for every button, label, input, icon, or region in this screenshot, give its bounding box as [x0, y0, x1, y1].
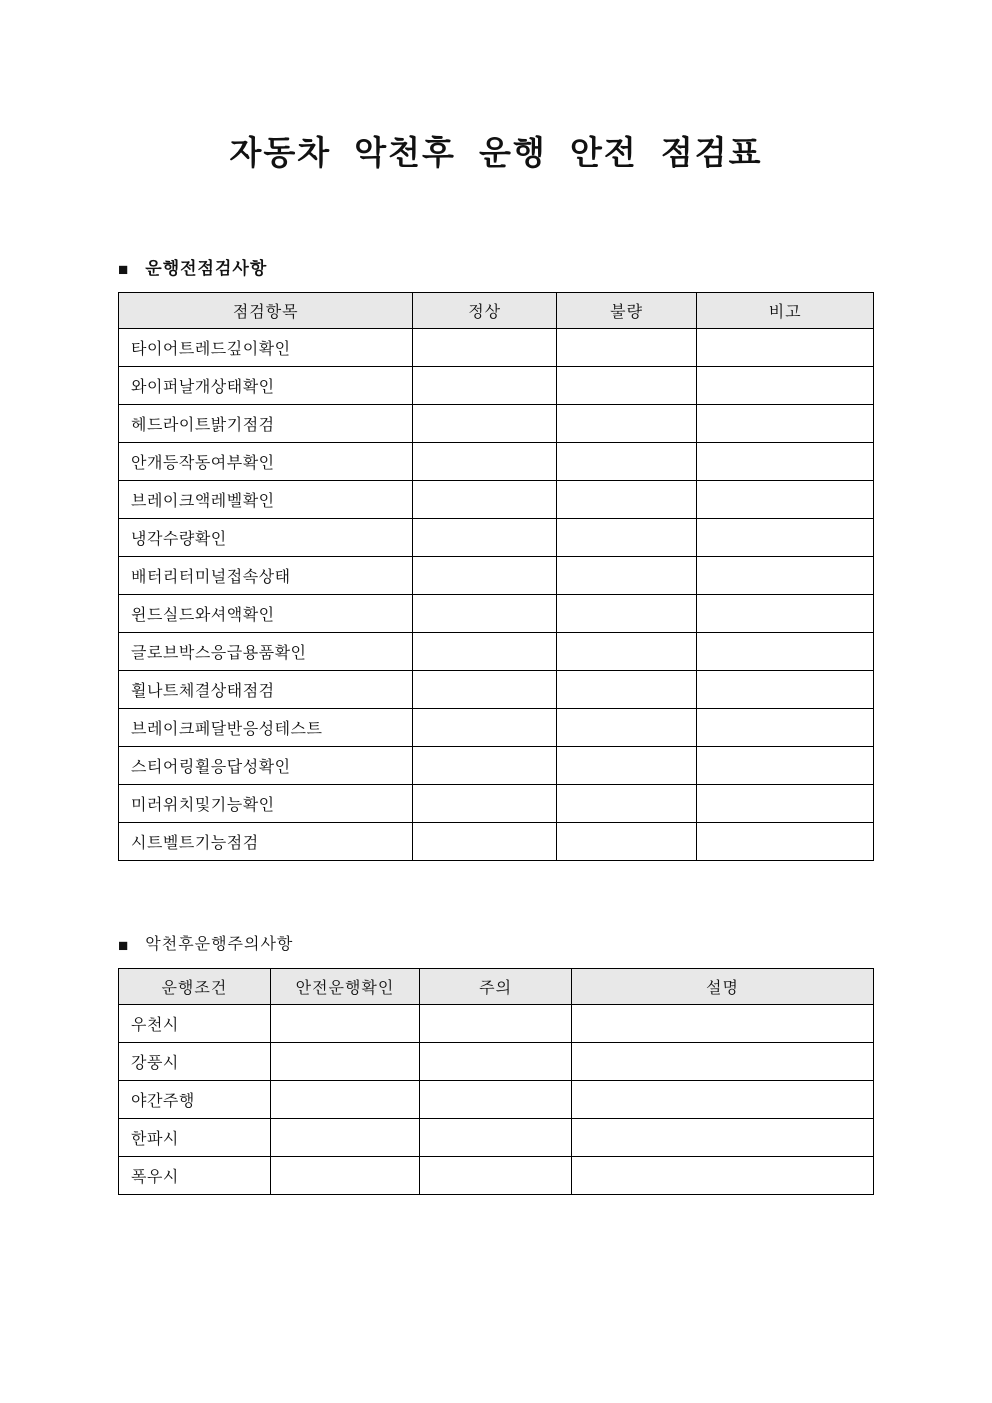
table-header-row: 운행조건 안전운행확인 주의 설명	[119, 969, 874, 1005]
empty-cell	[270, 1157, 419, 1195]
empty-cell	[556, 557, 696, 595]
table-row: 스티어링휠응답성확인	[119, 747, 874, 785]
empty-cell	[571, 1043, 873, 1081]
section-heading-label: 운행전점검사항	[145, 257, 267, 281]
table-row: 브레이크액레벨확인	[119, 481, 874, 519]
empty-cell	[420, 1157, 572, 1195]
column-header: 정상	[413, 293, 556, 329]
empty-cell	[556, 481, 696, 519]
document-page: 자동차 악천후 운행 안전 점검표 ■ 운행전점검사항 점검항목 정상 불량 비…	[0, 0, 992, 1403]
empty-cell	[420, 1119, 572, 1157]
row-label-cell: 시트벨트기능점검	[119, 823, 413, 861]
empty-cell	[697, 823, 874, 861]
table-row: 폭우시	[119, 1157, 874, 1195]
empty-cell	[697, 595, 874, 633]
empty-cell	[413, 823, 556, 861]
empty-cell	[413, 443, 556, 481]
empty-cell	[556, 671, 696, 709]
row-label-cell: 우천시	[119, 1005, 271, 1043]
empty-cell	[697, 557, 874, 595]
empty-cell	[413, 595, 556, 633]
row-label-cell: 브레이크페달반응성테스트	[119, 709, 413, 747]
empty-cell	[556, 747, 696, 785]
column-header: 운행조건	[119, 969, 271, 1005]
table-row: 글로브박스응급용품확인	[119, 633, 874, 671]
empty-cell	[413, 671, 556, 709]
page-title: 자동차 악천후 운행 안전 점검표	[0, 133, 992, 173]
empty-cell	[697, 405, 874, 443]
table-row: 배터리터미널접속상태	[119, 557, 874, 595]
column-header: 주의	[420, 969, 572, 1005]
row-label-cell: 윈드실드와셔액확인	[119, 595, 413, 633]
empty-cell	[556, 329, 696, 367]
empty-cell	[556, 443, 696, 481]
table-row: 윈드실드와셔액확인	[119, 595, 874, 633]
empty-cell	[571, 1157, 873, 1195]
empty-cell	[697, 671, 874, 709]
table-row: 헤드라이트밝기점검	[119, 405, 874, 443]
empty-cell	[420, 1081, 572, 1119]
row-label-cell: 냉각수량확인	[119, 519, 413, 557]
column-header: 불량	[556, 293, 696, 329]
empty-cell	[556, 519, 696, 557]
table-row: 야간주행	[119, 1081, 874, 1119]
row-label-cell: 배터리터미널접속상태	[119, 557, 413, 595]
empty-cell	[270, 1119, 419, 1157]
empty-cell	[556, 405, 696, 443]
empty-cell	[413, 329, 556, 367]
empty-cell	[270, 1043, 419, 1081]
empty-cell	[697, 443, 874, 481]
empty-cell	[697, 785, 874, 823]
empty-cell	[413, 405, 556, 443]
row-label-cell: 강풍시	[119, 1043, 271, 1081]
table-row: 브레이크페달반응성테스트	[119, 709, 874, 747]
empty-cell	[556, 823, 696, 861]
section-heading-bad-weather: ■ 악천후운행주의사항	[118, 933, 992, 957]
empty-cell	[556, 709, 696, 747]
table-row: 냉각수량확인	[119, 519, 874, 557]
empty-cell	[697, 747, 874, 785]
row-label-cell: 글로브박스응급용품확인	[119, 633, 413, 671]
table-row: 미러위치및기능확인	[119, 785, 874, 823]
empty-cell	[413, 557, 556, 595]
empty-cell	[697, 329, 874, 367]
empty-cell	[420, 1043, 572, 1081]
empty-cell	[420, 1005, 572, 1043]
empty-cell	[571, 1005, 873, 1043]
empty-cell	[413, 709, 556, 747]
empty-cell	[556, 595, 696, 633]
square-bullet-icon: ■	[118, 937, 129, 954]
row-label-cell: 브레이크액레벨확인	[119, 481, 413, 519]
empty-cell	[413, 633, 556, 671]
empty-cell	[413, 747, 556, 785]
empty-cell	[571, 1119, 873, 1157]
table-row: 휠나트체결상태점검	[119, 671, 874, 709]
table-row: 한파시	[119, 1119, 874, 1157]
table-row: 시트벨트기능점검	[119, 823, 874, 861]
empty-cell	[413, 367, 556, 405]
empty-cell	[556, 367, 696, 405]
empty-cell	[413, 785, 556, 823]
row-label-cell: 안개등작동여부확인	[119, 443, 413, 481]
table-row: 안개등작동여부확인	[119, 443, 874, 481]
row-label-cell: 폭우시	[119, 1157, 271, 1195]
empty-cell	[556, 633, 696, 671]
column-header: 설명	[571, 969, 873, 1005]
empty-cell	[697, 633, 874, 671]
empty-cell	[413, 481, 556, 519]
row-label-cell: 휠나트체결상태점검	[119, 671, 413, 709]
empty-cell	[571, 1081, 873, 1119]
empty-cell	[556, 785, 696, 823]
empty-cell	[697, 519, 874, 557]
column-header: 비고	[697, 293, 874, 329]
section-heading-pre-drive: ■ 운행전점검사항	[118, 257, 992, 281]
table-row: 와이퍼날개상태확인	[119, 367, 874, 405]
column-header: 점검항목	[119, 293, 413, 329]
empty-cell	[697, 709, 874, 747]
row-label-cell: 헤드라이트밝기점검	[119, 405, 413, 443]
empty-cell	[697, 367, 874, 405]
table-row: 우천시	[119, 1005, 874, 1043]
column-header: 안전운행확인	[270, 969, 419, 1005]
table-row: 타이어트레드깊이확인	[119, 329, 874, 367]
row-label-cell: 스티어링휠응답성확인	[119, 747, 413, 785]
row-label-cell: 한파시	[119, 1119, 271, 1157]
empty-cell	[270, 1081, 419, 1119]
pre-drive-check-table: 점검항목 정상 불량 비고 타이어트레드깊이확인와이퍼날개상태확인헤드라이트밝기…	[118, 292, 874, 861]
row-label-cell: 와이퍼날개상태확인	[119, 367, 413, 405]
table-header-row: 점검항목 정상 불량 비고	[119, 293, 874, 329]
empty-cell	[697, 481, 874, 519]
table-row: 강풍시	[119, 1043, 874, 1081]
section-heading-label: 악천후운행주의사항	[145, 933, 293, 957]
row-label-cell: 타이어트레드깊이확인	[119, 329, 413, 367]
empty-cell	[413, 519, 556, 557]
square-bullet-icon: ■	[118, 261, 129, 278]
row-label-cell: 미러위치및기능확인	[119, 785, 413, 823]
bad-weather-caution-table: 운행조건 안전운행확인 주의 설명 우천시강풍시야간주행한파시폭우시	[118, 968, 874, 1195]
empty-cell	[270, 1005, 419, 1043]
row-label-cell: 야간주행	[119, 1081, 271, 1119]
